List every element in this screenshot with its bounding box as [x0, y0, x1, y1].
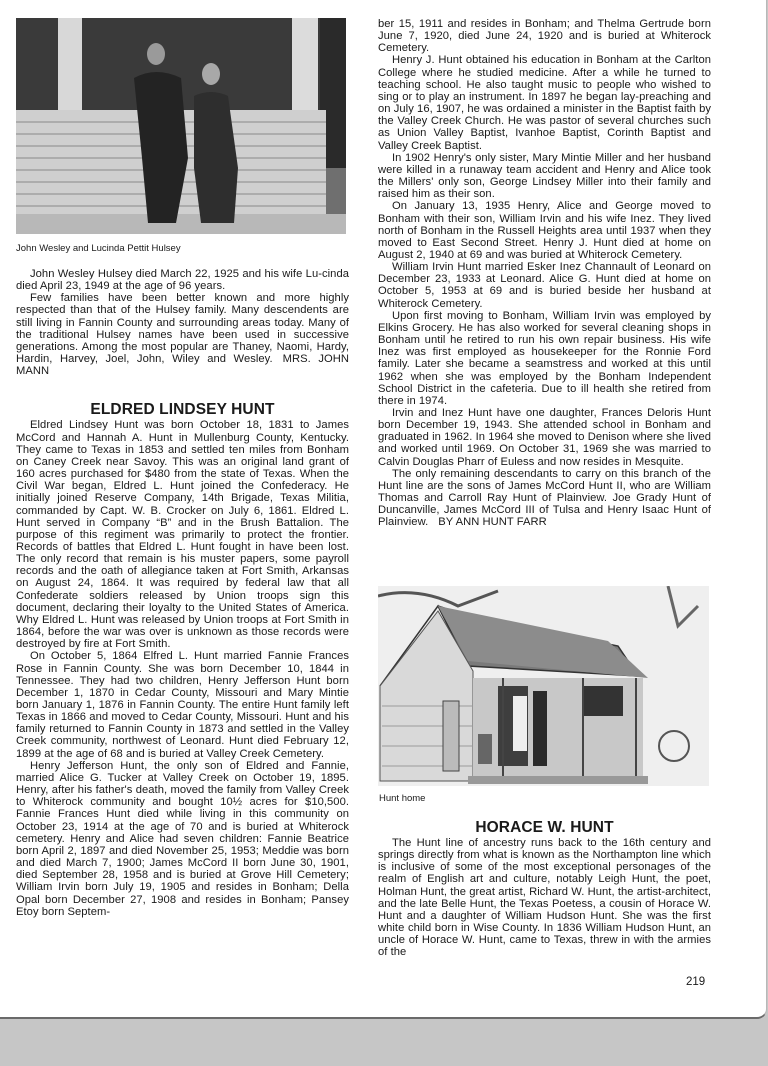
continued-paragraph-4: On January 13, 1935 Henry, Alice and Geo… — [378, 200, 711, 261]
book-page: John Wesley and Lucinda Pettit Hulsey Jo… — [0, 0, 767, 1019]
hulsey-paragraph-1: John Wesley Hulsey died March 22, 1925 a… — [16, 268, 349, 292]
hulsey-paragraph-2: Few families have been better known and … — [16, 292, 349, 377]
continued-paragraph-2: Henry J. Hunt obtained his education in … — [378, 54, 711, 151]
hulsey-couple-image — [16, 18, 346, 234]
horace-heading: HORACE W. HUNT — [378, 819, 711, 837]
hunt-home-image — [378, 586, 709, 786]
continued-paragraph-5: William Irvin Hunt married Esker Inez Ch… — [378, 261, 711, 310]
page-number: 219 — [686, 976, 705, 988]
continued-paragraph-1: ber 15, 1911 and resides in Bonham; and … — [378, 18, 711, 54]
continued-paragraph-8: The only remaining descendants to carry … — [378, 468, 711, 529]
horace-column: HORACE W. HUNT The Hunt line of ancestry… — [378, 819, 711, 959]
eldred-byline: BY ANN HUNT FARR — [438, 516, 547, 528]
right-column: ber 15, 1911 and resides in Bonham; and … — [378, 18, 711, 529]
hulsey-photo — [16, 18, 346, 234]
eldred-paragraph-1: Eldred Lindsey Hunt was born October 18,… — [16, 419, 349, 650]
left-column: John Wesley Hulsey died March 22, 1925 a… — [16, 268, 349, 918]
hunt-home-photo — [378, 586, 709, 786]
eldred-paragraph-2: On October 5, 1864 Elfred L. Hunt marrie… — [16, 650, 349, 759]
continued-paragraph-3: In 1902 Henry's only sister, Mary Mintie… — [378, 152, 711, 201]
continued-paragraph-7: Irvin and Inez Hunt have one daughter, F… — [378, 407, 711, 468]
hunt-home-photo-caption: Hunt home — [379, 793, 425, 805]
eldred-heading: ELDRED LINDSEY HUNT — [16, 401, 349, 419]
continued-paragraph-6: Upon first moving to Bonham, William Irv… — [378, 310, 711, 407]
eldred-paragraph-3: Henry Jefferson Hunt, the only son of El… — [16, 760, 349, 918]
horace-paragraph-1: The Hunt line of ancestry runs back to t… — [378, 837, 711, 959]
hulsey-photo-caption: John Wesley and Lucinda Pettit Hulsey — [16, 243, 181, 255]
